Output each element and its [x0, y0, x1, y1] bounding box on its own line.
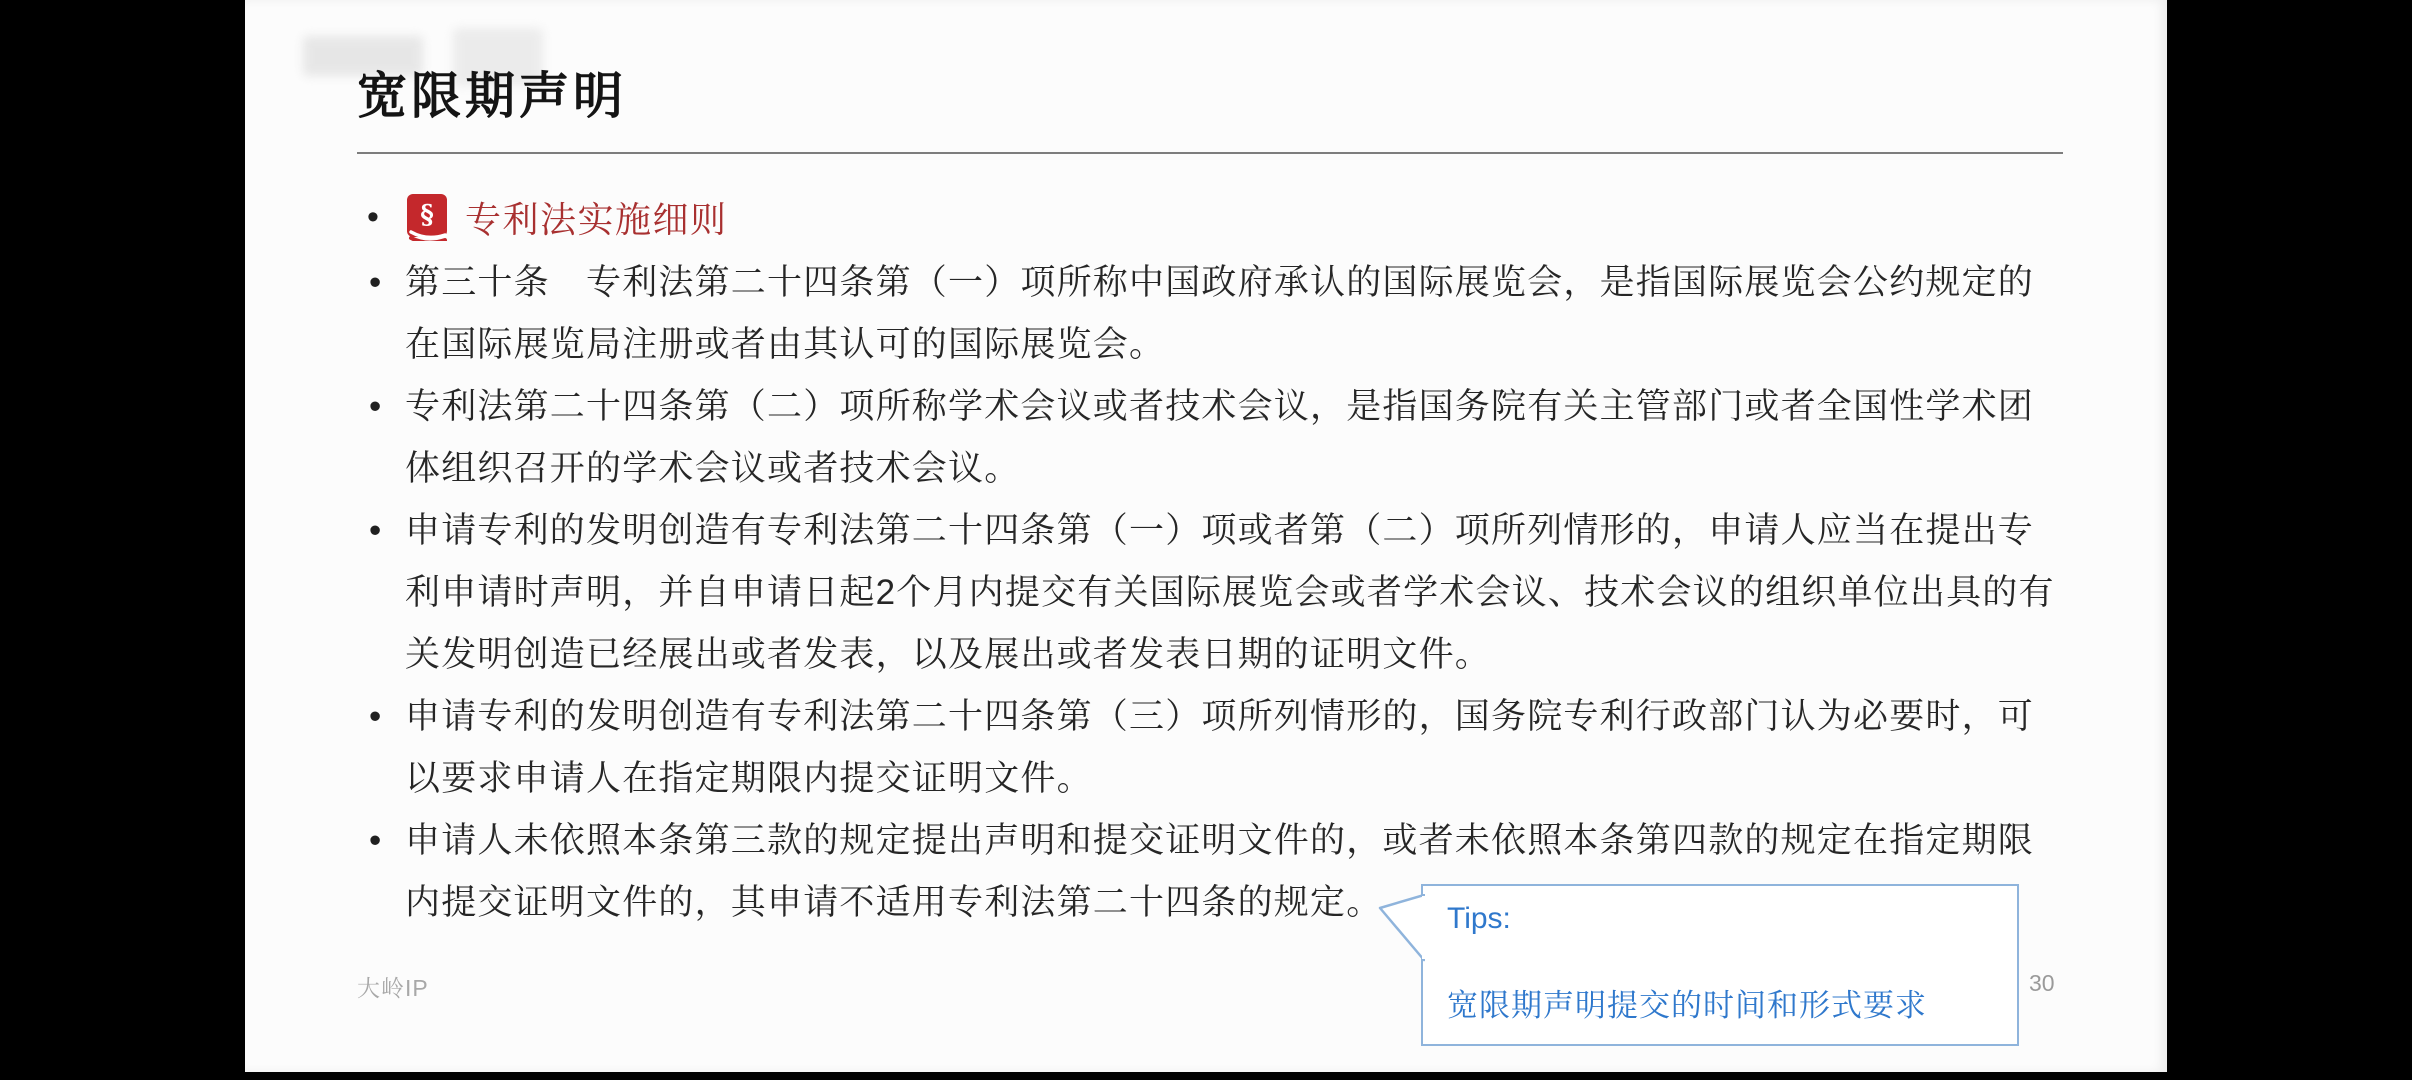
page-number: 30	[2029, 970, 2055, 997]
bullet-dot: •	[367, 198, 405, 237]
bullet-item: 第三十条 专利法第二十四条第（一）项所称中国政府承认的国际展览会，是指国际展览会…	[367, 252, 2065, 376]
callout-tail	[1378, 894, 1425, 964]
bullet-list: 第三十条 专利法第二十四条第（一）项所称中国政府承认的国际展览会，是指国际展览会…	[367, 252, 2083, 934]
tips-text: 宽限期声明提交的时间和形式要求	[1447, 980, 1927, 1025]
bullet-item: 专利法第二十四条第（二）项所称学术会议或者技术会议，是指国务院有关主管部门或者全…	[367, 376, 2065, 500]
law-book-section-icon: §	[405, 193, 449, 241]
page-title: 宽限期声明	[357, 56, 627, 128]
tips-label: Tips:	[1447, 902, 1511, 936]
bullet-item: 申请专利的发明创造有专利法第二十四条第（三）项所列情形的，国务院专利行政部门认为…	[367, 686, 2065, 810]
slide-body: • § 专利法实施细则 第三十条 专利法第二十四条第（一）项所称中国政府承认的国…	[367, 186, 2083, 934]
footer-brand: 大岭IP	[357, 970, 429, 1003]
source-reference-label: 专利法实施细则	[465, 192, 728, 243]
source-reference-line: • § 专利法实施细则	[367, 186, 2083, 248]
bullet-item: 申请专利的发明创造有专利法第二十四条第（一）项或者第（二）项所列情形的，申请人应…	[367, 500, 2065, 686]
slide-canvas: 宽限期声明 • § 专利法实施细则 第三十条 专利法第二十四条第（一）项所称中国…	[245, 0, 2167, 1072]
svg-text:§: §	[420, 200, 434, 230]
title-divider	[357, 152, 2063, 154]
tips-callout: Tips: 宽限期声明提交的时间和形式要求	[1421, 884, 2019, 1046]
